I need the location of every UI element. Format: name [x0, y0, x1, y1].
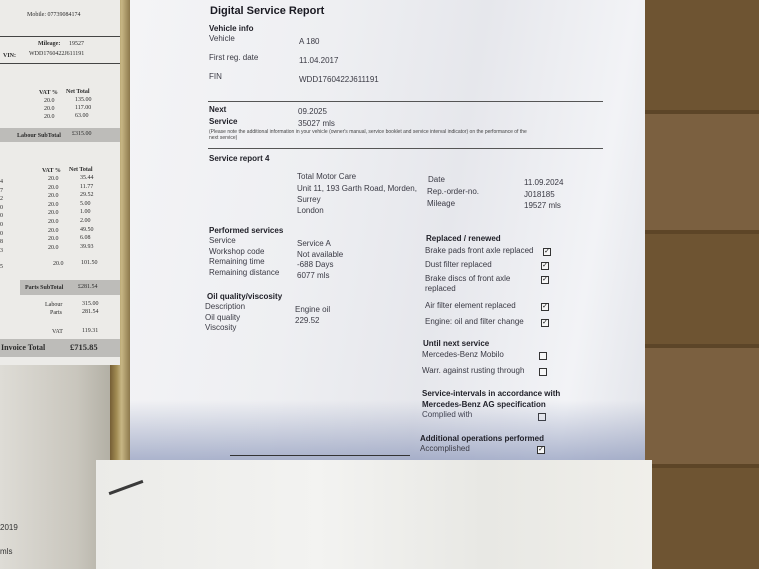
oil-value: Engine oil: [295, 305, 330, 314]
row-edge-cell: 7: [0, 188, 3, 194]
row-edge-cell: 0: [0, 231, 3, 237]
net-cell: 6.08: [80, 235, 91, 241]
net-cell: 1.00: [80, 209, 91, 215]
until-next-checkbox[interactable]: [539, 352, 547, 360]
next-service-label-2: Service: [209, 117, 237, 126]
labour-subtotal-label: Labour SubTotal: [17, 133, 61, 139]
vat-cell: 20.0: [48, 193, 59, 199]
until-next-label: Warr. against rusting through: [422, 366, 524, 375]
replaced-item-label: Engine: oil and filter change: [425, 317, 524, 326]
invoice-total-label: Invoice Total: [1, 343, 45, 352]
performed-label: Remaining time: [209, 257, 265, 266]
row-edge-cell: 4: [0, 179, 3, 185]
replaced-item-checkbox[interactable]: ✓: [543, 248, 551, 256]
labour-subtotal-value: £315.00: [72, 131, 92, 137]
row-edge-cell: 0: [0, 205, 3, 211]
replaced-heading: Replaced / renewed: [426, 234, 501, 243]
labour-net-header: Net Total: [66, 89, 90, 95]
net-cell: 49.50: [80, 227, 94, 233]
replaced-item-label: replaced: [425, 284, 456, 293]
parts-extra-vat: 20.0: [53, 261, 64, 267]
summary-labour-value: 315.00: [82, 301, 99, 307]
row-edge-cell: 8: [0, 239, 3, 245]
net-cell: 29.52: [80, 192, 94, 198]
next-service-note-1: (Please note the additional information …: [209, 129, 527, 135]
net-cell: 5.00: [80, 201, 91, 207]
next-service-date: 09.2025: [298, 107, 327, 116]
net-cell: 135.00: [75, 97, 92, 103]
wood-floor: [645, 0, 759, 569]
performed-value: Not available: [297, 250, 343, 259]
lower-page: 2019 mls: [0, 365, 110, 569]
performed-label: Workshop code: [209, 247, 264, 256]
oil-value: 229.52: [295, 316, 319, 325]
digital-service-report: Digital Service Report Vehicle info Vehi…: [130, 0, 645, 462]
performed-label: Remaining distance: [209, 268, 279, 277]
net-cell: 11.77: [80, 184, 93, 190]
report-title: Digital Service Report: [210, 5, 324, 17]
net-cell: 2.00: [80, 218, 91, 224]
performed-services-heading: Performed services: [209, 226, 283, 235]
replaced-item-label: Dust filter replaced: [425, 260, 492, 269]
summary-vat-value: 119.31: [82, 328, 98, 334]
next-service-mileage: 35027 mls: [298, 119, 335, 128]
row-edge-cell: 0: [0, 222, 3, 228]
row-edge-cell: 3: [0, 248, 3, 254]
replaced-item-label: Brake discs of front axle: [425, 274, 510, 283]
vat-cell: 20.0: [48, 228, 59, 234]
oil-label: Viscosity: [205, 323, 236, 332]
mileage-label: Mileage:: [38, 41, 60, 47]
vin-value: WDD1760422J611191: [29, 51, 84, 57]
until-next-heading: Until next service: [423, 339, 489, 348]
date-label: Date: [428, 175, 445, 184]
oil-label: Oil quality: [205, 313, 240, 322]
parts-extra-net: 101.50: [81, 260, 98, 266]
first-reg-label: First reg. date: [209, 53, 258, 62]
vehicle-label: Vehicle: [209, 34, 235, 43]
parts-vat-header: VAT %: [42, 168, 61, 174]
date-fragment: 2019: [0, 523, 18, 532]
oil-heading: Oil quality/viscosity: [207, 292, 282, 301]
replaced-item-checkbox[interactable]: ✓: [541, 262, 549, 270]
performed-value: -688 Days: [297, 260, 333, 269]
fin-value: WDD1760422J611191: [299, 75, 379, 84]
summary-parts-label: Parts: [50, 310, 62, 316]
intervals-heading-1: Service-intervals in accordance with: [422, 389, 560, 398]
until-next-checkbox[interactable]: [539, 368, 547, 376]
garage-address-1: Unit 11, 193 Garth Road, Morden,: [297, 184, 417, 193]
vat-cell: 20.0: [48, 210, 59, 216]
parts-extra-edge: 5: [0, 264, 3, 270]
labour-vat-header: VAT %: [39, 90, 58, 96]
oil-label: Description: [205, 302, 245, 311]
unit-fragment: mls: [0, 547, 12, 556]
performed-label: Service: [209, 236, 236, 245]
replaced-item-label: Brake pads front axle replaced: [425, 246, 534, 255]
invoice-page: Mobile: 07739084174 Mileage: 19527 VIN: …: [0, 0, 120, 365]
replaced-item-checkbox[interactable]: ✓: [541, 276, 549, 284]
replaced-item-label: Air filter element replaced: [425, 301, 516, 310]
blank-page: [96, 460, 652, 569]
service-report-heading: Service report 4: [209, 154, 269, 163]
divider: [0, 63, 120, 64]
until-next-label: Mercedes-Benz Mobilo: [422, 350, 504, 359]
vat-cell: 20.0: [44, 98, 55, 104]
row-edge-cell: 0: [0, 213, 3, 219]
summary-vat-label: VAT: [52, 329, 63, 335]
parts-net-header: Net Total: [69, 167, 93, 173]
divider: [208, 148, 603, 149]
vat-cell: 20.0: [44, 106, 55, 112]
divider: [0, 36, 120, 37]
rep-order-value: J018185: [524, 190, 555, 199]
rep-order-label: Rep.-order-no.: [427, 187, 479, 196]
vin-label: VIN:: [3, 53, 16, 59]
garage-address-2: Surrey: [297, 195, 321, 204]
net-cell: 63.00: [75, 113, 89, 119]
accomplished-label: Accomplished: [420, 444, 470, 453]
vat-cell: 20.0: [44, 114, 55, 120]
vehicle-value: A 180: [299, 37, 319, 46]
vat-cell: 20.0: [48, 176, 59, 182]
mileage-label: Mileage: [427, 199, 455, 208]
invoice-total-value: £715.85: [70, 342, 98, 352]
vat-cell: 20.0: [48, 185, 59, 191]
net-cell: 117.00: [75, 105, 91, 111]
vat-cell: 20.0: [48, 236, 59, 242]
shadow-overlay: [130, 400, 645, 462]
next-service-label-1: Next: [209, 105, 226, 114]
next-service-note-2: next service): [209, 135, 237, 141]
garage-name: Total Motor Care: [297, 172, 356, 181]
first-reg-value: 11.04.2017: [299, 56, 338, 65]
mileage-value: 19527: [69, 41, 84, 47]
parts-subtotal-label: Parts SubTotal: [25, 285, 63, 291]
net-cell: 35.44: [80, 175, 94, 181]
performed-value: Service A: [297, 239, 331, 248]
vehicle-info-heading: Vehicle info: [209, 24, 253, 33]
fin-label: FIN: [209, 72, 222, 81]
garage-address-3: London: [297, 206, 324, 215]
replaced-item-checkbox[interactable]: ✓: [541, 319, 549, 327]
divider: [230, 455, 410, 456]
vat-cell: 20.0: [48, 245, 59, 251]
divider: [208, 101, 603, 102]
summary-parts-value: 281.54: [82, 309, 99, 315]
additional-heading: Additional operations performed: [420, 434, 544, 443]
net-cell: 39.93: [80, 244, 94, 250]
accomplished-checkbox[interactable]: ✓: [537, 446, 545, 454]
performed-value: 6077 mls: [297, 271, 329, 280]
summary-labour-label: Labour: [45, 302, 62, 308]
mobile-number: Mobile: 07739084174: [27, 12, 81, 18]
date-value: 11.09.2024: [524, 178, 563, 187]
row-edge-cell: 2: [0, 196, 3, 202]
replaced-item-checkbox[interactable]: ✓: [541, 303, 549, 311]
vat-cell: 20.0: [48, 202, 59, 208]
vat-cell: 20.0: [48, 219, 59, 225]
service-mileage-value: 19527 mls: [524, 201, 561, 210]
parts-subtotal-value: £281.54: [78, 284, 98, 290]
